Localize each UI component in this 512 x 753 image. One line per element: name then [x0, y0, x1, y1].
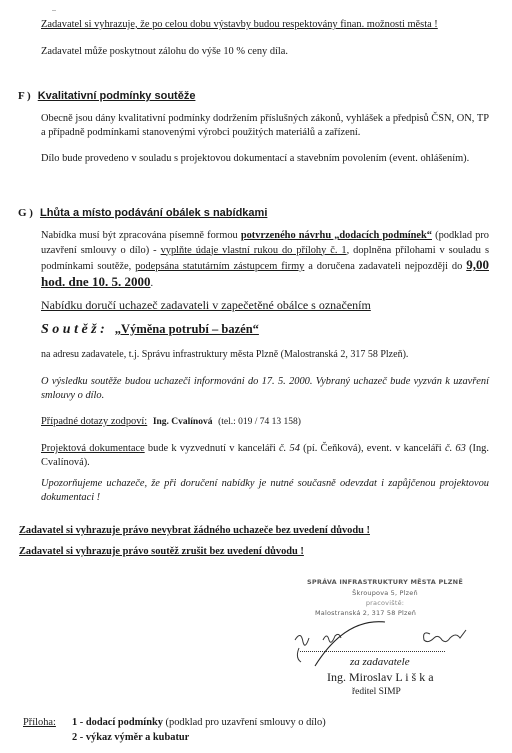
office-54: č. 54	[279, 443, 300, 454]
attachment-item-2: 2 - výkaz výměr a kubatur	[72, 731, 492, 745]
offer-text-1: Nabídka musí být zpracována písemně form…	[41, 230, 241, 241]
scan-mark	[52, 10, 56, 11]
section-f-paragraph-1: Obecně jsou dány kvalitativní podmínky d…	[41, 112, 489, 140]
contest-label: S o u t ě ž :	[41, 322, 105, 337]
stamp-workplace-label: pracoviště:	[295, 599, 475, 607]
attachment-2-number: 2 -	[72, 732, 86, 743]
section-f-heading: F ) Kvalitativní podmínky soutěže	[18, 86, 195, 104]
attachment-item-1: 1 - dodací podmínky (podklad pro uzavřen…	[72, 716, 492, 730]
offer-form-highlight: potvrzeného návrhu „dodacích podmínek“	[241, 230, 432, 241]
envelope-instruction: Nabídku doručí uchazeč zadavateli v zape…	[41, 298, 371, 313]
offer-text-8: .	[150, 278, 153, 289]
signature-line	[300, 651, 445, 652]
stamp-address: Škroupova 5, Plzeň	[295, 589, 475, 597]
questions-person: Ing. Cvalínová	[153, 417, 213, 427]
on-behalf-label: za zadavatele	[350, 656, 410, 668]
attachments-label: Příloha:	[23, 716, 56, 730]
section-g-letter: G )	[18, 207, 33, 219]
finance-notice: Zadavatel si vyhrazuje, že po celou dobu…	[41, 18, 481, 32]
reservation-cancel-contest: Zadavatel si vyhrazuje právo soutěž zruš…	[19, 545, 489, 559]
stamp-workplace-address: Malostranská 2, 317 58 Plzeň	[295, 609, 475, 617]
attachment-2-title: výkaz výměr a kubatur	[86, 732, 189, 743]
attachment-1-note: (podklad pro uzavření smlouvy o dílo)	[163, 717, 326, 728]
delivery-address: na adresu zadavatele, t.j. Správu infras…	[41, 348, 501, 362]
signatory-name: Ing. Miroslav L i š k a	[327, 670, 434, 685]
offer-text-7: a doručena zadavateli nejpozději do	[304, 261, 466, 272]
questions-label: Případné dotazy zodpoví:	[41, 416, 147, 427]
contest-label-line: S o u t ě ž : „Výměna potrubí – bazén“	[41, 320, 259, 338]
offer-paragraph: Nabídka musí být zpracována písemně form…	[41, 229, 489, 291]
documentation-return-warning: Upozorňujeme uchazeče, že při doručení n…	[41, 477, 489, 505]
office-63: č. 63	[445, 443, 466, 454]
section-f-title: Kvalitativní podmínky soutěže	[38, 90, 196, 102]
documentation-text-2: (pí. Čeňková), event. v kanceláři	[300, 443, 445, 454]
offer-fill-instruction: vyplňte údaje vlastní rukou do přílohy č…	[161, 245, 347, 256]
reservation-reject-all: Zadavatel si vyhrazuje právo nevybrat žá…	[19, 524, 489, 538]
section-f-letter: F )	[18, 90, 31, 102]
documentation-text-1: bude k vyzvednutí v kanceláři	[145, 443, 279, 454]
contest-name: „Výměna potrubí – bazén“	[115, 322, 259, 336]
attachments-label-text: Příloha:	[23, 717, 56, 728]
official-stamp: SPRÁVA INFRASTRUKTURY MĚSTA PLZNĚ Škroup…	[295, 578, 475, 617]
result-notice: O výsledku soutěže budou uchazeči inform…	[41, 375, 489, 403]
documentation-paragraph: Projektová dokumentace bude k vyzvednutí…	[41, 442, 489, 470]
questions-phone: (tel.: 019 / 74 13 158)	[218, 417, 301, 427]
signatory-role: ředitel SIMP	[352, 687, 401, 697]
offer-signature-requirement: podepsána statutárním zástupcem firmy	[135, 261, 304, 272]
attachment-1-title: dodací podmínky	[86, 717, 163, 728]
attachment-1-number: 1 -	[72, 717, 86, 728]
section-g-title: Lhůta a místo podávání obálek s nabídkam…	[40, 207, 267, 219]
documentation-label: Projektová dokumentace	[41, 443, 145, 454]
section-g-heading: G ) Lhůta a místo podávání obálek s nabí…	[18, 203, 267, 221]
stamp-org-name: SPRÁVA INFRASTRUKTURY MĚSTA PLZNĚ	[295, 578, 475, 586]
advance-payment-note: Zadavatel může poskytnout zálohu do výše…	[41, 45, 481, 59]
questions-line: Případné dotazy zodpoví: Ing. Cvalínová …	[41, 415, 501, 429]
section-f-paragraph-2: Dílo bude provedeno v souladu s projekto…	[41, 152, 489, 166]
